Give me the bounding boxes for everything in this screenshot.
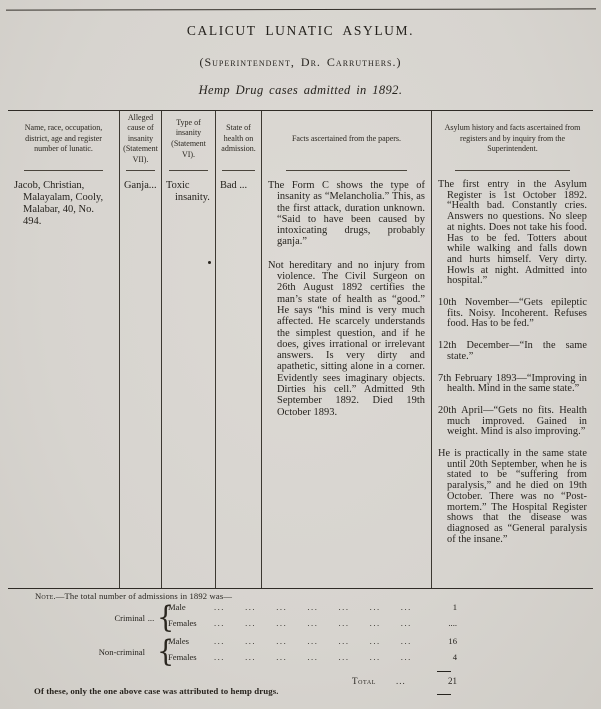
dot-leader: ... ... ... ... ... ... ...: [214, 636, 431, 646]
criminal-male-row: Male ... ... ... ... ... ... ... 1: [168, 602, 457, 618]
header-type: Type of insanity (Statement VI).: [162, 111, 215, 175]
note-heading: Note.—The total number of admissions in …: [35, 591, 232, 601]
history-paragraph-6: He is practically in the same state unti…: [438, 449, 587, 545]
dot-leader: ... ... ... ... ... ... ...: [214, 618, 431, 628]
dot-leader: ... ... ... ... ... ... ...: [214, 652, 431, 662]
insanity-type: Toxic insanity.: [166, 180, 211, 204]
dot-leader: ...: [396, 676, 431, 686]
history-paragraph-3: 12th December—“In the same state.”: [438, 341, 587, 362]
case-table: Name, race, occupation, district, age an…: [8, 110, 593, 589]
total-row: Total ... 21: [352, 676, 457, 686]
criminal-group-label: Criminal: [97, 613, 145, 623]
column-history: Asylum history and facts ascertained fro…: [432, 111, 593, 588]
noncriminal-female-label: Females: [168, 652, 214, 662]
patient-name: Jacob, Christian, Malayalam, Cooly, Mala…: [14, 180, 113, 228]
header-facts-label: Facts ascertained from the papers.: [292, 134, 401, 145]
criminal-female-row: Females ... ... ... ... ... ... ... ....: [168, 618, 457, 634]
cell-cause: Ganja...: [120, 175, 161, 588]
left-brace-icon: {: [157, 602, 168, 635]
noncriminal-male-value: 16: [431, 636, 457, 646]
criminal-group-dots: ...: [145, 613, 157, 623]
history-paragraph-2: 10th November—“Gets epileptic fits. Nois…: [438, 298, 587, 330]
header-name: Name, race, occupation, district, age an…: [8, 111, 119, 175]
sum-rule-top: [437, 671, 451, 672]
note-label: Note.: [35, 591, 56, 601]
left-brace-icon: {: [157, 636, 168, 669]
admissions-summary: Criminal ... { Male ... ... ... ... ... …: [97, 602, 457, 670]
health-state: Bad ...: [220, 180, 257, 192]
note-text: —The total number of admissions in 1892 …: [56, 591, 232, 601]
history-paragraph-1: The first entry in the Asylum Register i…: [438, 180, 587, 287]
noncriminal-group: Non-criminal { Males ... ... ... ... ...…: [97, 636, 457, 668]
history-paragraph-4: 7th February 1893—“Improving in health. …: [438, 374, 587, 395]
page-subtitle: (Superintendent, Dr. Carruthers.): [0, 55, 601, 70]
criminal-male-label: Male: [168, 602, 214, 612]
criminal-female-label: Females: [168, 618, 214, 628]
facts-paragraph-2: Not hereditary and no injury from violen…: [268, 260, 425, 418]
header-facts: Facts ascertained from the papers.: [262, 111, 431, 175]
history-paragraph-5: 20th April—“Gets no fits. Health much im…: [438, 406, 587, 438]
criminal-male-value: 1: [431, 602, 457, 612]
cell-facts: The Form C shows the type of insanity as…: [262, 175, 431, 588]
noncriminal-female-row: Females ... ... ... ... ... ... ... 4: [168, 652, 457, 668]
total-label: Total: [352, 676, 396, 686]
page-caption: Hemp Drug cases admitted in 1892.: [0, 83, 601, 98]
ink-spot: [208, 261, 211, 264]
column-cause: Alleged cause of insanity (Statement VII…: [120, 111, 162, 588]
header-type-label: Type of insanity (Statement VI).: [166, 118, 211, 160]
cell-type: Toxic insanity.: [162, 175, 215, 588]
alleged-cause: Ganja...: [124, 180, 157, 192]
top-rule: [6, 8, 596, 10]
cell-health: Bad ...: [216, 175, 261, 588]
page-title: CALICUT LUNATIC ASYLUM.: [0, 23, 601, 39]
header-name-label: Name, race, occupation, district, age an…: [12, 123, 115, 155]
criminal-group: Criminal ... { Male ... ... ... ... ... …: [97, 602, 457, 634]
sum-rule-bottom: [437, 694, 451, 695]
cell-name: Jacob, Christian, Malayalam, Cooly, Mala…: [8, 175, 119, 588]
footnote: Of these, only the one above case was at…: [34, 686, 279, 696]
dot-leader: ... ... ... ... ... ... ...: [214, 602, 431, 612]
noncriminal-group-label: Non-criminal: [97, 647, 145, 657]
facts-paragraph-1: The Form C shows the type of insanity as…: [268, 180, 425, 248]
header-cause-label: Alleged cause of insanity (Statement VII…: [123, 113, 158, 166]
column-type: Type of insanity (Statement VI). Toxic i…: [162, 111, 216, 588]
total-value: 21: [431, 676, 457, 686]
noncriminal-male-label: Males: [168, 636, 214, 646]
noncriminal-female-value: 4: [431, 652, 457, 662]
document-page: CALICUT LUNATIC ASYLUM. (Superintendent,…: [0, 0, 601, 709]
header-health: State of health on admission.: [216, 111, 261, 175]
header-cause: Alleged cause of insanity (Statement VII…: [120, 111, 161, 175]
criminal-female-value: ....: [431, 618, 457, 628]
column-facts: Facts ascertained from the papers. The F…: [262, 111, 432, 588]
header-health-label: State of health on admission.: [220, 123, 257, 155]
header-history-label: Asylum history and facts ascertained fro…: [436, 123, 589, 155]
column-name: Name, race, occupation, district, age an…: [8, 111, 120, 588]
cell-history: The first entry in the Asylum Register i…: [432, 175, 593, 588]
header-history: Asylum history and facts ascertained fro…: [432, 111, 593, 175]
column-health: State of health on admission. Bad ...: [216, 111, 262, 588]
noncriminal-male-row: Males ... ... ... ... ... ... ... 16: [168, 636, 457, 652]
